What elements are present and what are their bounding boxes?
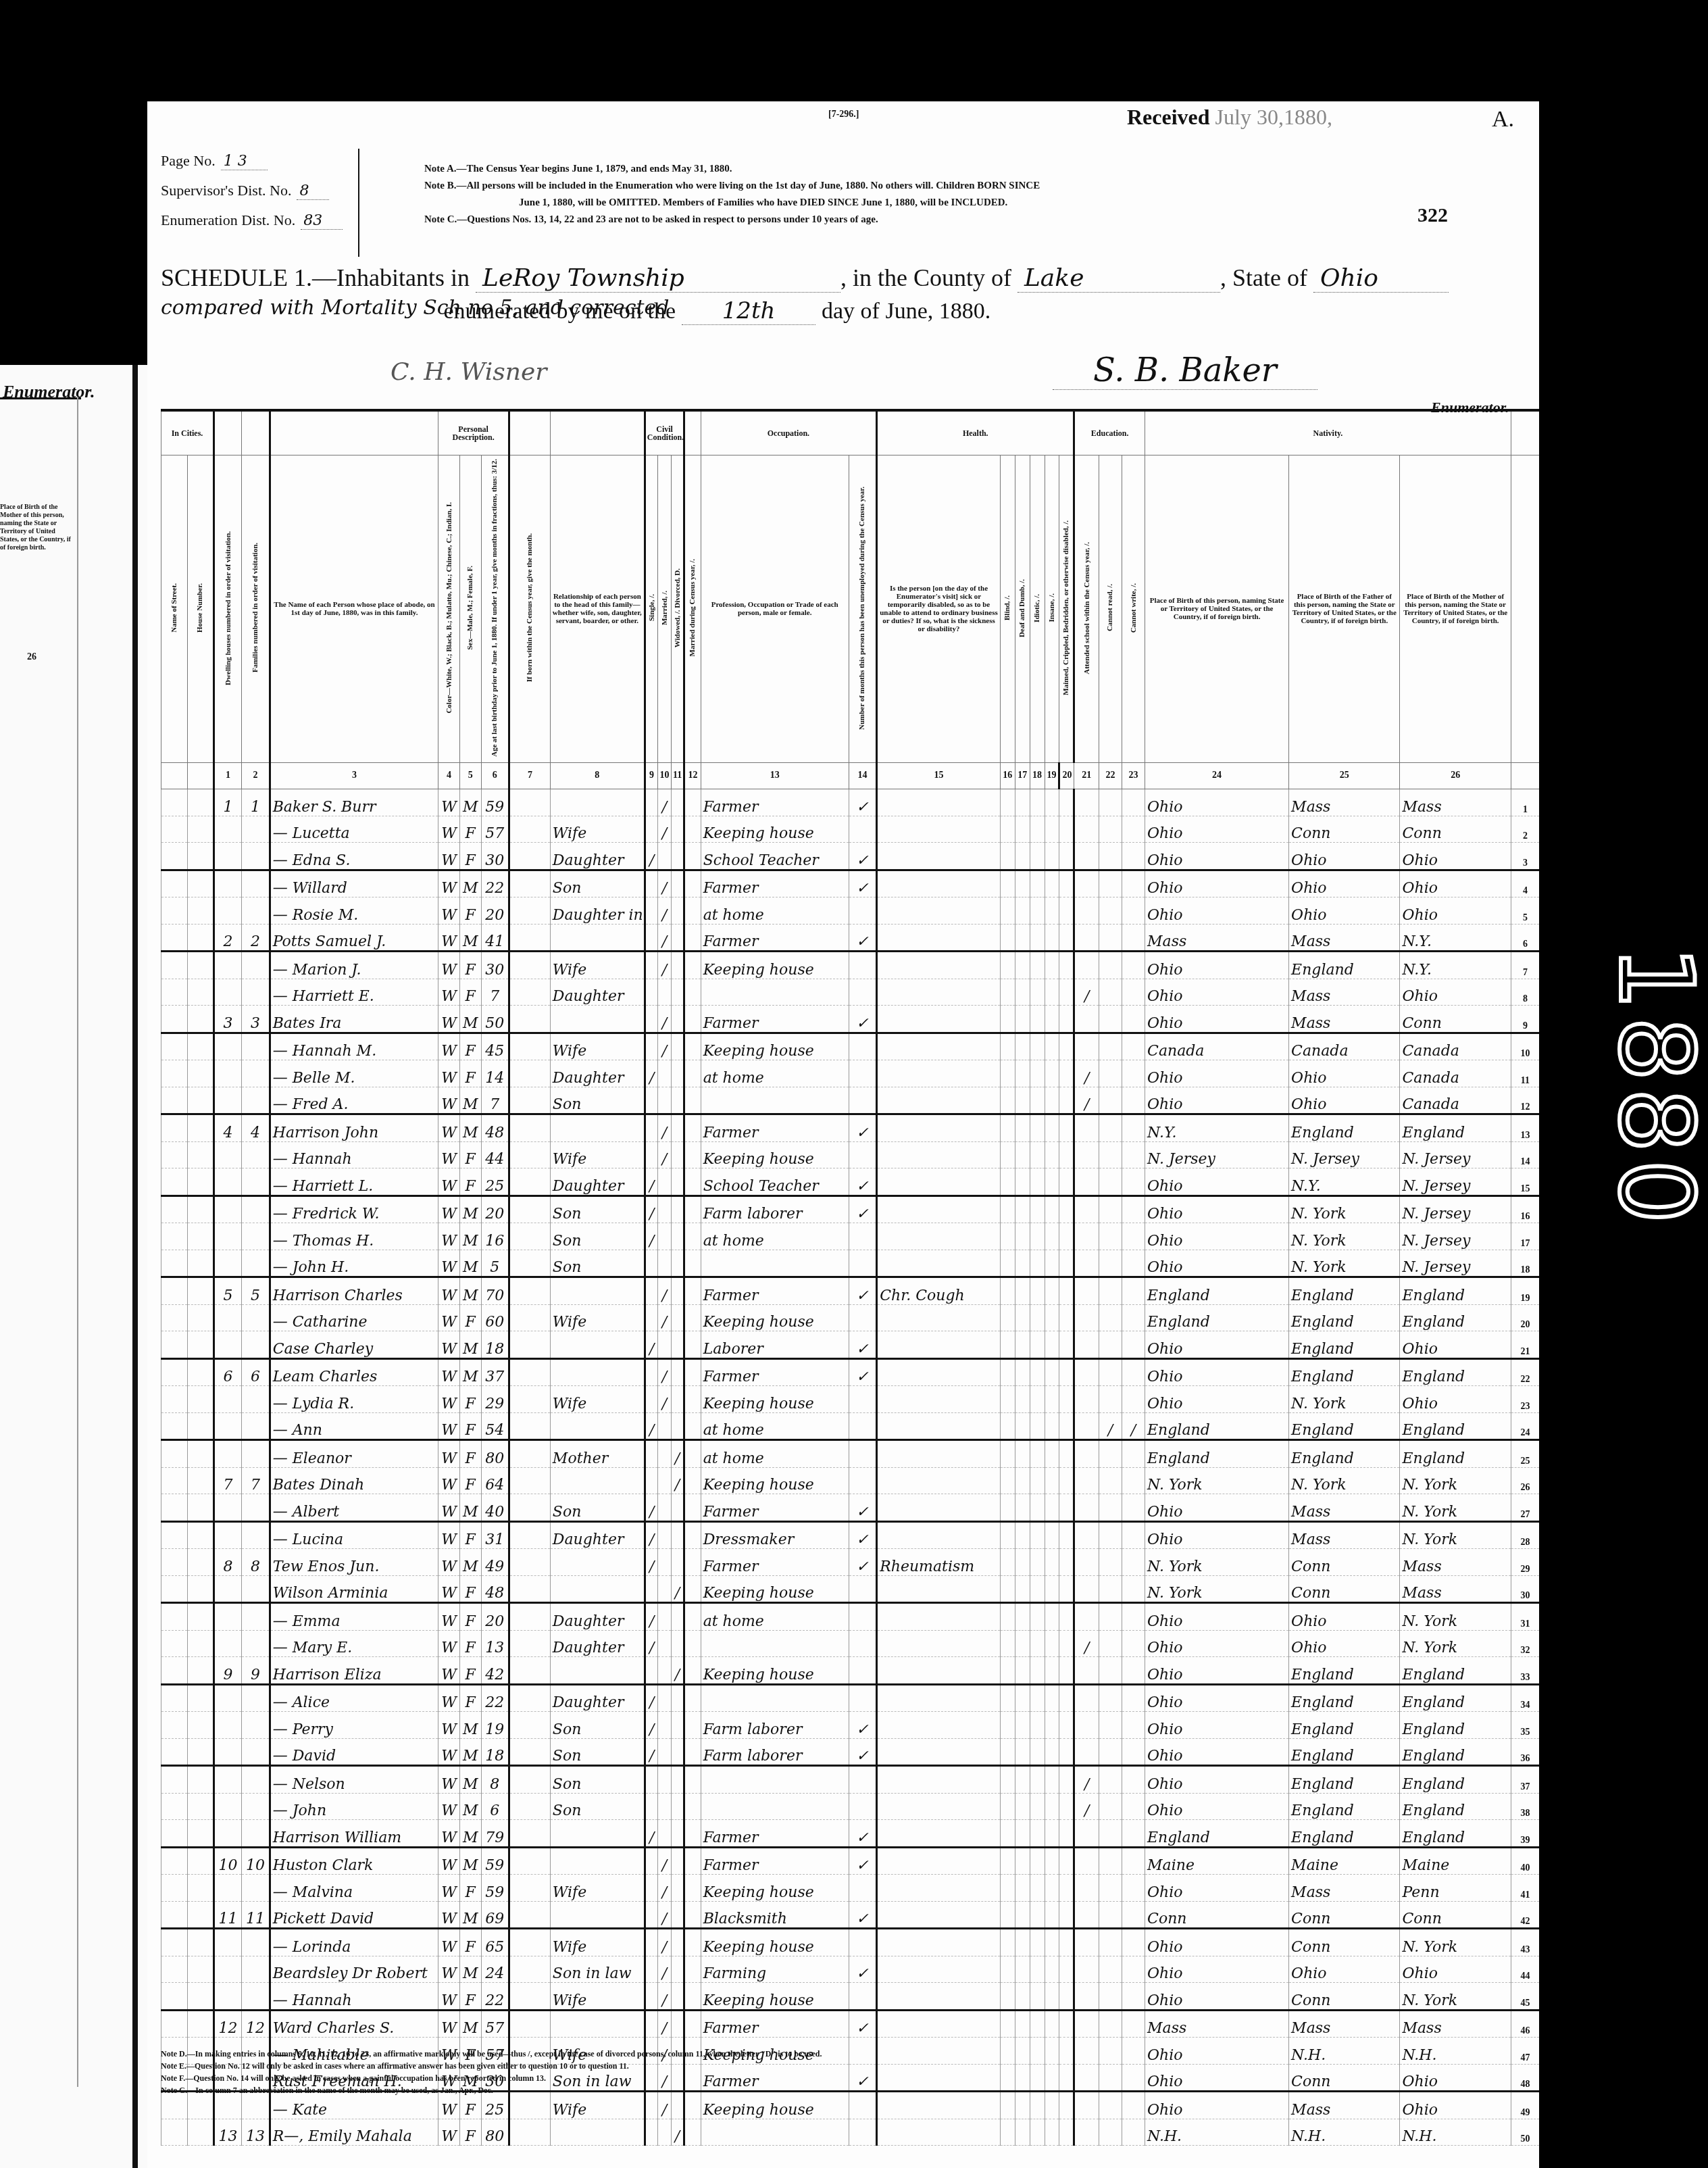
cannot-write: /	[1122, 1412, 1145, 1440]
age: 65	[481, 1929, 509, 1956]
cannot-write	[1122, 1060, 1145, 1087]
family-number	[242, 979, 270, 1006]
person-name: Harrison Eliza	[270, 1657, 438, 1685]
line-number: 18	[1511, 1250, 1539, 1277]
mother-birthplace: Penn	[1400, 1875, 1511, 1902]
idiotic	[1030, 1412, 1045, 1440]
cannot-read	[1099, 1494, 1122, 1522]
age: 29	[481, 1386, 509, 1413]
maimed	[1059, 952, 1074, 979]
column-numbers-row: 1234567891011121314151617181920212223242…	[161, 763, 1540, 789]
cannot-write	[1122, 1141, 1145, 1168]
sickness	[877, 897, 1001, 925]
birth-month	[509, 1793, 550, 1820]
birthplace: Ohio	[1145, 1196, 1289, 1223]
cannot-read	[1099, 1820, 1122, 1848]
mother-birthplace: N. York	[1400, 1494, 1511, 1522]
birth-month	[509, 1820, 550, 1848]
school-mark	[1074, 843, 1099, 870]
school-mark	[1074, 952, 1099, 979]
dwelling-number: 6	[214, 1358, 241, 1386]
sex: M	[459, 1196, 481, 1223]
married-in-year	[684, 1684, 701, 1712]
person-name: — Hannah M.	[270, 1033, 438, 1060]
house-cell	[187, 1929, 214, 1956]
line-number: 5	[1511, 897, 1539, 925]
color: W	[438, 1358, 460, 1386]
table-row: — Harriett L.WF25Daughter/School Teacher…	[161, 1168, 1540, 1196]
blind	[1000, 1575, 1015, 1603]
color: W	[438, 843, 460, 870]
mother-birthplace: England	[1400, 1766, 1511, 1794]
person-name: Potts Samuel J.	[270, 924, 438, 952]
idiotic	[1030, 789, 1045, 816]
birthplace: Ohio	[1145, 1250, 1289, 1277]
school-mark	[1074, 1006, 1099, 1033]
widowed-mark	[671, 1901, 684, 1929]
occupation	[701, 1087, 849, 1114]
married-mark	[658, 979, 671, 1006]
table-row: 44Harrison JohnWM48/Farmer✓N.Y.EnglandEn…	[161, 1114, 1540, 1142]
married-in-year	[684, 952, 701, 979]
age: 44	[481, 1141, 509, 1168]
unemployed-mark: ✓	[849, 870, 876, 897]
insane	[1045, 1006, 1059, 1033]
birthplace: Ohio	[1145, 1386, 1289, 1413]
married-in-year	[684, 1114, 701, 1142]
occupation: School Teacher	[701, 1168, 849, 1196]
idiotic	[1030, 1929, 1045, 1956]
cannot-write	[1122, 1793, 1145, 1820]
idiotic	[1030, 1304, 1045, 1331]
house-cell	[187, 2119, 214, 2146]
person-name: — Marion J.	[270, 952, 438, 979]
table-row: — MalvinaWF59Wife/Keeping houseOhioMassP…	[161, 1875, 1540, 1902]
insane	[1045, 1141, 1059, 1168]
unemployed-mark: ✓	[849, 1738, 876, 1766]
house-cell	[187, 1114, 214, 1142]
sex: M	[459, 1358, 481, 1386]
cannot-read	[1099, 1575, 1122, 1603]
mother-birthplace: England	[1400, 1440, 1511, 1468]
married-mark	[658, 1412, 671, 1440]
color: W	[438, 1901, 460, 1929]
birth-month	[509, 2010, 550, 2038]
age: 54	[481, 1412, 509, 1440]
father-birthplace: England	[1289, 1657, 1400, 1685]
col-8-relationship: Relationship of each person to the head …	[550, 455, 645, 763]
single-mark	[645, 979, 657, 1006]
line-number: 3	[1511, 843, 1539, 870]
color: W	[438, 1875, 460, 1902]
cannot-read	[1099, 1521, 1122, 1549]
dwelling-number	[214, 897, 241, 925]
single-mark	[645, 1141, 657, 1168]
person-name: Baker S. Burr	[270, 789, 438, 816]
school-mark	[1074, 1494, 1099, 1522]
sickness	[877, 1060, 1001, 1087]
dwelling-number	[214, 1304, 241, 1331]
sex: M	[459, 1006, 481, 1033]
occupation: Farm laborer	[701, 1196, 849, 1223]
maimed	[1059, 1440, 1074, 1468]
sex: M	[459, 1250, 481, 1277]
occupation: Farmer	[701, 1549, 849, 1576]
maimed	[1059, 1006, 1074, 1033]
street-cell	[161, 1956, 188, 1983]
single-mark: /	[645, 1684, 657, 1712]
single-mark	[645, 1386, 657, 1413]
birthplace: Ohio	[1145, 1521, 1289, 1549]
insane	[1045, 1196, 1059, 1223]
cannot-write	[1122, 1277, 1145, 1305]
dwelling-number: 11	[214, 1901, 241, 1929]
widowed-mark	[671, 1412, 684, 1440]
deaf	[1015, 1060, 1030, 1087]
sex: M	[459, 1549, 481, 1576]
color: W	[438, 1250, 460, 1277]
occupation: at home	[701, 1223, 849, 1250]
father-birthplace: Ohio	[1289, 1060, 1400, 1087]
age: 30	[481, 843, 509, 870]
occupation: Farmer	[701, 1358, 849, 1386]
cannot-write	[1122, 2092, 1145, 2119]
insane	[1045, 1386, 1059, 1413]
married-in-year	[684, 1331, 701, 1359]
house-cell	[187, 1847, 214, 1875]
sickness	[877, 1684, 1001, 1712]
married-mark	[658, 1793, 671, 1820]
col-21-school: Attended school within the Census year, …	[1074, 455, 1099, 763]
family-number	[242, 1983, 270, 2011]
cannot-read	[1099, 1060, 1122, 1087]
occupation: Farmer	[701, 1847, 849, 1875]
married-in-year	[684, 1168, 701, 1196]
house-cell	[187, 1766, 214, 1794]
house-cell	[187, 1738, 214, 1766]
table-row: 1313R—, Emily MahalaWF80/N.H.N.H.N.H.50	[161, 2119, 1540, 2146]
married-mark	[658, 1060, 671, 1087]
birthplace: England	[1145, 1304, 1289, 1331]
family-number	[242, 843, 270, 870]
married-mark	[658, 1820, 671, 1848]
street-cell	[161, 1304, 188, 1331]
cannot-write	[1122, 1494, 1145, 1522]
age: 57	[481, 816, 509, 843]
father-birthplace: N.H.	[1289, 2119, 1400, 2146]
married-in-year	[684, 1358, 701, 1386]
single-mark: /	[645, 1820, 657, 1848]
column-number: 4	[438, 763, 460, 789]
married-mark: /	[658, 1386, 671, 1413]
birthplace: N.H.	[1145, 2119, 1289, 2146]
cannot-write	[1122, 1521, 1145, 1549]
school-mark	[1074, 1304, 1099, 1331]
person-name: Bates Dinah	[270, 1467, 438, 1494]
birthplace: Ohio	[1145, 1358, 1289, 1386]
married-mark: /	[658, 1358, 671, 1386]
unemployed-mark	[849, 1983, 876, 2011]
dwelling-number	[214, 1060, 241, 1087]
single-mark	[645, 1358, 657, 1386]
unemployed-mark	[849, 1766, 876, 1794]
age: 59	[481, 1875, 509, 1902]
person-name: R—, Emily Mahala	[270, 2119, 438, 2146]
occupation: at home	[701, 1412, 849, 1440]
school-mark	[1074, 2064, 1099, 2092]
idiotic	[1030, 1793, 1045, 1820]
birthplace: Ohio	[1145, 1603, 1289, 1631]
dwelling-number: 3	[214, 1006, 241, 1033]
received-stamp: Received July 30,1880,	[1127, 105, 1332, 130]
col-18-idiotic: Idiotic, /.	[1030, 455, 1045, 763]
father-birthplace: England	[1289, 1684, 1400, 1712]
deaf	[1015, 1657, 1030, 1685]
birth-month	[509, 1440, 550, 1468]
color: W	[438, 1196, 460, 1223]
line-number: 27	[1511, 1494, 1539, 1522]
column-number: 5	[459, 763, 481, 789]
person-name: Wilson Arminia	[270, 1575, 438, 1603]
married-in-year	[684, 843, 701, 870]
married-mark: /	[658, 1875, 671, 1902]
maimed	[1059, 1168, 1074, 1196]
mother-birthplace: Ohio	[1400, 1386, 1511, 1413]
dwelling-number: 9	[214, 1657, 241, 1685]
birthplace: Ohio	[1145, 1738, 1289, 1766]
father-birthplace: England	[1289, 1412, 1400, 1440]
dwelling-number: 13	[214, 2119, 241, 2146]
enumeration-row: Enumeration Dist. No.83	[161, 212, 357, 229]
blind	[1000, 1549, 1015, 1576]
color: W	[438, 1386, 460, 1413]
column-number: 24	[1145, 763, 1289, 789]
married-in-year	[684, 789, 701, 816]
relationship: Wife	[550, 1386, 645, 1413]
mother-birthplace: N. Jersey	[1400, 1250, 1511, 1277]
table-row: — PerryWM19Son/Farm laborer✓OhioEnglandE…	[161, 1712, 1540, 1739]
insane	[1045, 1793, 1059, 1820]
table-row: 55Harrison CharlesWM70/Farmer✓Chr. Cough…	[161, 1277, 1540, 1305]
relationship: Mother	[550, 1440, 645, 1468]
color: W	[438, 1684, 460, 1712]
house-cell	[187, 1168, 214, 1196]
blind	[1000, 1141, 1015, 1168]
cannot-read	[1099, 1956, 1122, 1983]
family-number	[242, 897, 270, 925]
occupation: Keeping house	[701, 1929, 849, 1956]
street-cell	[161, 1929, 188, 1956]
occupation	[701, 979, 849, 1006]
col-5-sex: Sex—Male, M.; Female, F.	[459, 455, 481, 763]
sex: F	[459, 1141, 481, 1168]
cannot-read	[1099, 1386, 1122, 1413]
idiotic	[1030, 1738, 1045, 1766]
age: 41	[481, 924, 509, 952]
widowed-mark	[671, 1331, 684, 1359]
married-in-year	[684, 1766, 701, 1794]
idiotic	[1030, 1331, 1045, 1359]
idiotic	[1030, 1277, 1045, 1305]
house-cell	[187, 1006, 214, 1033]
maimed	[1059, 843, 1074, 870]
married-in-year	[684, 1549, 701, 1576]
school-mark	[1074, 1901, 1099, 1929]
age: 31	[481, 1521, 509, 1549]
col-6-age: Age at last birthday prior to June 1, 18…	[481, 455, 509, 763]
table-row: — LorindaWF65Wife/Keeping houseOhioConnN…	[161, 1929, 1540, 1956]
column-number: 12	[684, 763, 701, 789]
house-cell	[187, 1196, 214, 1223]
blind	[1000, 870, 1015, 897]
column-number: 8	[550, 763, 645, 789]
married-mark: /	[658, 924, 671, 952]
line-number: 38	[1511, 1793, 1539, 1820]
unemployed-mark: ✓	[849, 1196, 876, 1223]
age: 5	[481, 1250, 509, 1277]
birth-month	[509, 2119, 550, 2146]
house-cell	[187, 1223, 214, 1250]
street-cell	[161, 897, 188, 925]
sickness: Chr. Cough	[877, 1277, 1001, 1305]
unemployed-mark: ✓	[849, 1956, 876, 1983]
column-number: 3	[270, 763, 438, 789]
birth-month	[509, 979, 550, 1006]
single-mark: /	[645, 1603, 657, 1631]
deaf	[1015, 1250, 1030, 1277]
sex: F	[459, 1304, 481, 1331]
school-mark	[1074, 1603, 1099, 1631]
insane	[1045, 2038, 1059, 2065]
unemployed-mark	[849, 1630, 876, 1657]
widowed-mark	[671, 924, 684, 952]
cannot-write	[1122, 1929, 1145, 1956]
widowed-mark	[671, 1983, 684, 2011]
birth-month	[509, 1060, 550, 1087]
school-mark	[1074, 1440, 1099, 1468]
sex: M	[459, 1087, 481, 1114]
father-birthplace: England	[1289, 1440, 1400, 1468]
color: W	[438, 816, 460, 843]
maimed	[1059, 789, 1074, 816]
insane	[1045, 2119, 1059, 2146]
mother-birthplace: Mass	[1400, 1549, 1511, 1576]
maimed	[1059, 1549, 1074, 1576]
cannot-write	[1122, 1575, 1145, 1603]
family-number	[242, 1250, 270, 1277]
married-mark	[658, 1087, 671, 1114]
street-cell	[161, 952, 188, 979]
unemployed-mark: ✓	[849, 1114, 876, 1142]
age: 49	[481, 1549, 509, 1576]
line-number: 13	[1511, 1114, 1539, 1142]
sickness	[877, 1603, 1001, 1631]
house-cell	[187, 1793, 214, 1820]
occupation	[701, 1793, 849, 1820]
age: 37	[481, 1358, 509, 1386]
family-number	[242, 1060, 270, 1087]
mother-birthplace: England	[1400, 1412, 1511, 1440]
idiotic	[1030, 1494, 1045, 1522]
insane	[1045, 1630, 1059, 1657]
idiotic	[1030, 1087, 1045, 1114]
line-number: 39	[1511, 1820, 1539, 1848]
sex: F	[459, 1657, 481, 1685]
line-number: 9	[1511, 1006, 1539, 1033]
person-name: — Ann	[270, 1412, 438, 1440]
relationship: Wife	[550, 1033, 645, 1060]
father-birthplace: Conn	[1289, 1929, 1400, 1956]
cannot-write	[1122, 1331, 1145, 1359]
insane	[1045, 1820, 1059, 1848]
table-row: — Thomas H.WM16Son/at homeOhioN. YorkN. …	[161, 1223, 1540, 1250]
widowed-mark	[671, 1684, 684, 1712]
family-number	[242, 1793, 270, 1820]
street-cell	[161, 1277, 188, 1305]
age: 79	[481, 1820, 509, 1848]
unemployed-mark	[849, 2092, 876, 2119]
cannot-write	[1122, 2064, 1145, 2092]
married-in-year	[684, 1820, 701, 1848]
married-mark	[658, 1684, 671, 1712]
relationship	[550, 1006, 645, 1033]
relationship: Wife	[550, 1929, 645, 1956]
cannot-read	[1099, 1250, 1122, 1277]
line-number: 40	[1511, 1847, 1539, 1875]
school-mark	[1074, 1196, 1099, 1223]
deaf	[1015, 2038, 1030, 2065]
insane	[1045, 1549, 1059, 1576]
house-cell	[187, 1549, 214, 1576]
dwelling-number	[214, 1440, 241, 1468]
year-tab-label: 1880	[1597, 945, 1708, 1231]
person-name: Huston Clark	[270, 1847, 438, 1875]
age: 20	[481, 1603, 509, 1631]
table-row: 1111Pickett DavidWM69/Blacksmith✓ConnCon…	[161, 1901, 1540, 1929]
age: 59	[481, 789, 509, 816]
single-mark	[645, 870, 657, 897]
maimed	[1059, 1983, 1074, 2011]
school-mark	[1074, 1033, 1099, 1060]
married-in-year	[684, 979, 701, 1006]
person-name: — John	[270, 1793, 438, 1820]
table-row: 33Bates IraWM50/Farmer✓OhioMassConn9	[161, 1006, 1540, 1033]
deaf	[1015, 1467, 1030, 1494]
birth-month	[509, 1521, 550, 1549]
widowed-mark	[671, 870, 684, 897]
age: 7	[481, 979, 509, 1006]
deaf	[1015, 952, 1030, 979]
birth-month	[509, 1331, 550, 1359]
married-mark: /	[658, 816, 671, 843]
school-mark	[1074, 1738, 1099, 1766]
occupation: Keeping house	[701, 952, 849, 979]
sickness	[877, 1575, 1001, 1603]
sex: M	[459, 1956, 481, 1983]
birth-month	[509, 1250, 550, 1277]
married-mark	[658, 1331, 671, 1359]
sex: M	[459, 1738, 481, 1766]
street-cell	[161, 1575, 188, 1603]
street-cell	[161, 1196, 188, 1223]
cannot-read	[1099, 1114, 1122, 1142]
single-mark: /	[645, 1738, 657, 1766]
deaf	[1015, 2064, 1030, 2092]
mother-birthplace: Ohio	[1400, 979, 1511, 1006]
birth-month	[509, 1087, 550, 1114]
single-mark	[645, 1657, 657, 1685]
school-mark: /	[1074, 1087, 1099, 1114]
